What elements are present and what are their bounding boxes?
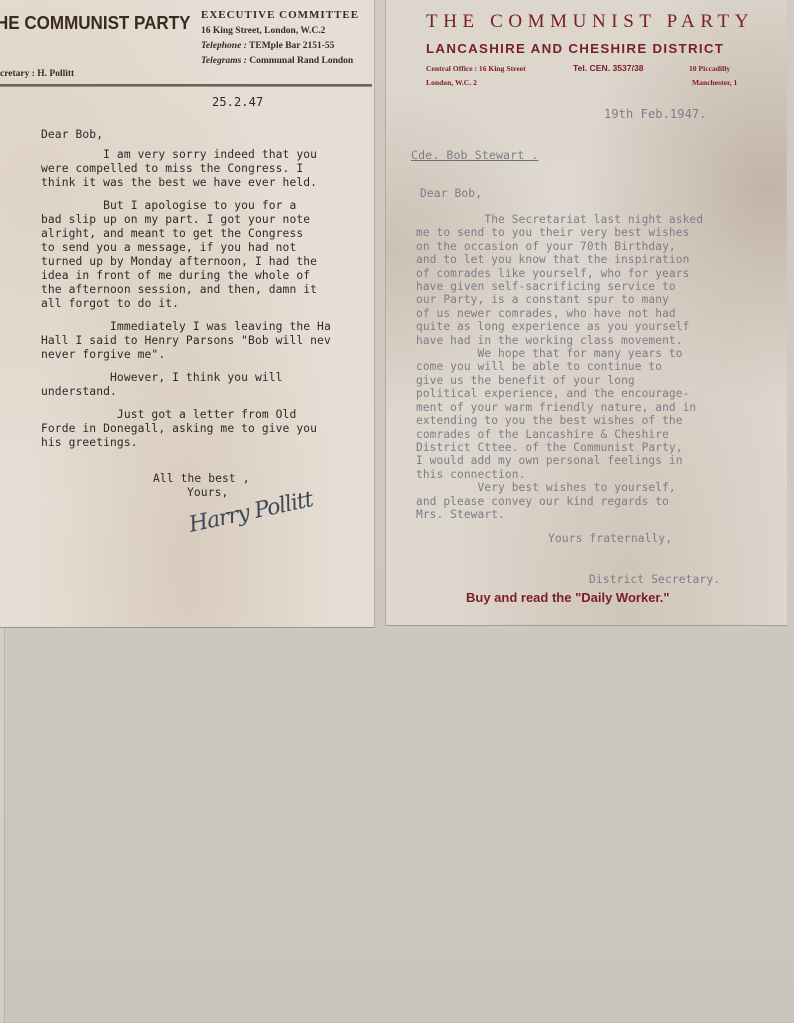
letter-line: on the occasion of your 70th Birthday, bbox=[416, 240, 703, 253]
letter-line: idea in front of me during the whole of bbox=[41, 269, 331, 283]
salutation: Dear Bob, bbox=[420, 187, 482, 201]
central-office-line-1: Central Office : 16 King Street bbox=[426, 64, 526, 73]
letter-line: comrades of the Lancashire & Cheshire bbox=[416, 428, 703, 441]
letter-line: understand. bbox=[41, 385, 331, 399]
letter-line: Immediately I was leaving the Ha bbox=[41, 320, 331, 334]
letterhead-title: THE COMMUNIST PARTY bbox=[426, 11, 754, 33]
letter-pollitt: HE COMMUNIST PARTY cretary : H. Pollitt … bbox=[0, 0, 375, 628]
addressee: Cde. Bob Stewart . bbox=[411, 148, 538, 162]
letter-line: the afternoon session, and then, damn it bbox=[41, 283, 331, 297]
central-office-line-2: London, W.C. 2 bbox=[426, 78, 477, 87]
letter-line: political experience, and the encourage- bbox=[416, 387, 703, 400]
letter-line: bad slip up on my part. I got your note bbox=[41, 213, 331, 227]
letter-line: were compelled to miss the Congress. I bbox=[41, 162, 331, 176]
letter-line: and please convey our kind regards to bbox=[416, 495, 703, 508]
letter-line: have had in the working class movement. bbox=[416, 334, 703, 347]
letterhead-telegrams: Telegrams : Communal Rand London bbox=[201, 56, 371, 66]
letter-line: and to let you know that the inspiration bbox=[416, 253, 703, 266]
letter-line: his greetings. bbox=[41, 436, 331, 450]
letterhead-subtitle: LANCASHIRE AND CHESHIRE DISTRICT bbox=[426, 41, 724, 56]
letterhead-telephone: Telephone : TEMple Bar 2151-55 bbox=[201, 41, 371, 51]
letterhead-telephone: Tel. CEN. 3537/38 bbox=[573, 63, 644, 73]
daily-worker-footer: Buy and read the "Daily Worker." bbox=[466, 590, 670, 605]
letter-line: I am very sorry indeed that you bbox=[41, 148, 331, 162]
letter-body: I am very sorry indeed that youwere comp… bbox=[41, 148, 331, 450]
letter-line: extending to you the best wishes of the bbox=[416, 414, 703, 427]
letter-line: never forgive me". bbox=[41, 348, 331, 362]
letter-line: all forgot to do it. bbox=[41, 297, 331, 311]
letterhead-secretary: cretary : H. Pollitt bbox=[0, 69, 74, 79]
letter-line: turned up by Monday afternoon, I had the bbox=[41, 255, 331, 269]
letter-line: The Secretariat last night asked bbox=[416, 213, 703, 226]
letter-line: We hope that for many years to bbox=[416, 347, 703, 360]
address-line-1: 10 Piccadilly bbox=[689, 64, 730, 73]
letter-line bbox=[41, 399, 331, 408]
letter-line: this connection. bbox=[416, 468, 703, 481]
salutation: Dear Bob, bbox=[41, 128, 103, 142]
letter-line: our Party, is a constant spur to many bbox=[416, 293, 703, 306]
letter-line bbox=[41, 362, 331, 371]
closing: Yours fraternally, bbox=[548, 532, 672, 546]
telephone-label: Telephone : bbox=[201, 41, 247, 51]
letter-line: But I apologise to you for a bbox=[41, 199, 331, 213]
signoff-title: District Secretary. bbox=[589, 573, 720, 587]
letter-line: Just got a letter from Old bbox=[41, 408, 331, 422]
letter-line: give us the benefit of your long bbox=[416, 374, 703, 387]
letter-line: think it was the best we have ever held. bbox=[41, 176, 331, 190]
closing-yours: Yours, bbox=[187, 486, 228, 500]
letter-line: of us newer comrades, who have not had bbox=[416, 307, 703, 320]
letter-line: Hall I said to Henry Parsons "Bob will n… bbox=[41, 334, 331, 348]
letter-line: me to send to you their very best wishes bbox=[416, 226, 703, 239]
letter-line: Very best wishes to yourself, bbox=[416, 481, 703, 494]
letter-district-secretary: THE COMMUNIST PARTY LANCASHIRE AND CHESH… bbox=[385, 0, 787, 626]
letter-line bbox=[41, 311, 331, 320]
letterhead-committee: EXECUTIVE COMMITTEE bbox=[201, 9, 371, 21]
letter-line: have given self-sacrificing service to bbox=[416, 280, 703, 293]
letter-line: Forde in Donegall, asking me to give you bbox=[41, 422, 331, 436]
letterhead-address: 16 King Street, London, W.C.2 bbox=[201, 26, 371, 36]
letterhead-title: HE COMMUNIST PARTY bbox=[0, 12, 190, 34]
letter-date: 19th Feb.1947. bbox=[604, 107, 707, 121]
telegrams-label: Telegrams : bbox=[201, 56, 247, 66]
letterhead-contact-block: EXECUTIVE COMMITTEE 16 King Street, Lond… bbox=[201, 9, 371, 66]
letter-line: ment of your warm friendly nature, and i… bbox=[416, 401, 703, 414]
letter-line: quite as long experience as you yourself bbox=[416, 320, 703, 333]
letter-line bbox=[41, 190, 331, 199]
letter-line: District Cttee. of the Communist Party, bbox=[416, 441, 703, 454]
letter-date: 25.2.47 bbox=[212, 95, 263, 109]
letter-line: alright, and meant to get the Congress bbox=[41, 227, 331, 241]
letter-line: However, I think you will bbox=[41, 371, 331, 385]
letterhead-divider bbox=[0, 84, 372, 87]
letter-body: The Secretariat last night askedme to se… bbox=[416, 213, 703, 521]
letter-line: I would add my own personal feelings in bbox=[416, 454, 703, 467]
letter-line: come you will be able to continue to bbox=[416, 360, 703, 373]
telegrams-value: Communal Rand London bbox=[249, 56, 353, 66]
address-line-2: Manchester, 1 bbox=[692, 78, 737, 87]
letter-line: of comrades like yourself, who for years bbox=[416, 267, 703, 280]
letter-line: to send you a message, if you had not bbox=[41, 241, 331, 255]
telephone-value: TEMple Bar 2151-55 bbox=[249, 41, 334, 51]
letter-line: Mrs. Stewart. bbox=[416, 508, 703, 521]
closing: All the best , bbox=[153, 472, 250, 486]
